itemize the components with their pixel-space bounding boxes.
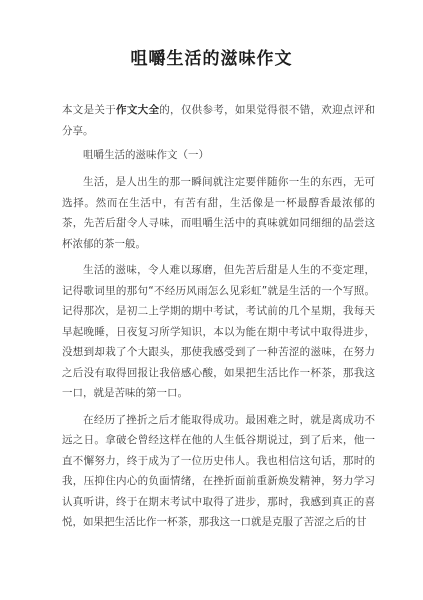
essay-subtitle: 咀嚼生活的滋味作文（一） xyxy=(62,145,375,166)
essay-paragraph-3: 在经历了挫折之后才能取得成功。最困难之时，就是离成功不远之日。拿破仑曾经这样在他… xyxy=(62,410,375,533)
intro-paragraph: 本文是关于作文大全的，仅供参考，如果觉得很不错，欢迎点评和分享。 xyxy=(62,100,375,142)
intro-bold-keyword: 作文大全 xyxy=(116,104,159,116)
document-title: 咀嚼生活的滋味作文 xyxy=(0,48,423,70)
intro-text-prefix: 本文是关于 xyxy=(62,104,116,116)
essay-paragraph-1: 生活，是人出生的那一瞬间就注定要伴随你一生的东西，无可选择。然而在生活中，有苦有… xyxy=(62,172,375,254)
document-page: 咀嚼生活的滋味作文 本文是关于作文大全的，仅供参考，如果觉得很不错，欢迎点评和分… xyxy=(0,0,423,600)
document-body: 本文是关于作文大全的，仅供参考，如果觉得很不错，欢迎点评和分享。 咀嚼生活的滋味… xyxy=(62,100,375,533)
essay-paragraph-2: 生活的滋味，令人难以琢磨，但先苦后甜是人生的不变定理，记得歌词里的那句“不经历风… xyxy=(62,260,375,404)
